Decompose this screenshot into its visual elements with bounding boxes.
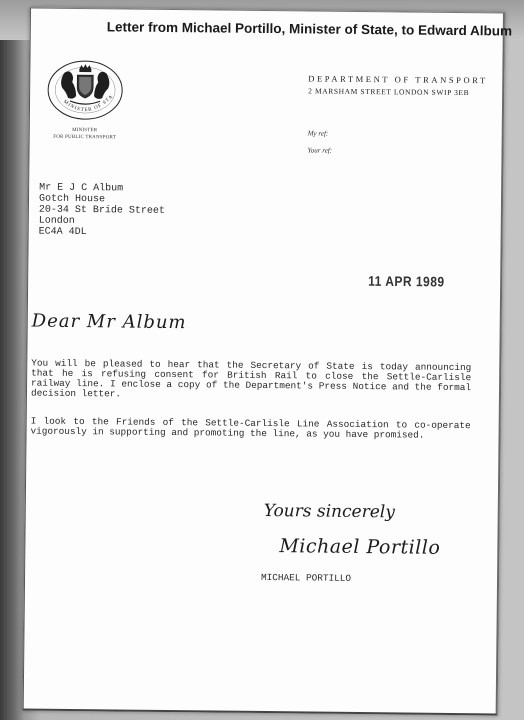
royal-crest-icon: MINISTER OF STATE — [46, 59, 125, 122]
document-title: Letter from Michael Portillo, Minister o… — [107, 19, 524, 38]
recipient-address: Mr E J C Album Gotch House 20-34 St Brid… — [39, 183, 166, 239]
my-ref-label: My ref: — [308, 129, 333, 137]
signature: Michael Portillo — [279, 535, 440, 559]
body-paragraph: I look to the Friends of the Settle-Carl… — [31, 417, 471, 442]
date-stamp: 11 APR 1989 — [368, 273, 445, 290]
caption-line-2: FOR PUBLIC TRANSPORT — [36, 134, 134, 142]
handwritten-closing: Yours sincerely — [264, 501, 395, 522]
department-address: 2 MARSHAM STREET LONDON SWIP 3EB — [308, 86, 488, 97]
minister-caption: MINISTER FOR PUBLIC TRANSPORT — [36, 127, 134, 142]
handwritten-salutation: Dear Mr Album — [32, 311, 187, 334]
signatory-name: MICHAEL PORTILLO — [261, 572, 351, 584]
department-block: DEPARTMENT OF TRANSPORT 2 MARSHAM STREET… — [308, 73, 488, 97]
department-name: DEPARTMENT OF TRANSPORT — [308, 73, 488, 85]
reference-block: My ref: Your ref: — [307, 129, 332, 163]
address-line: EC4A 4DL — [39, 227, 165, 239]
letter-page: Letter from Michael Portillo, Minister o… — [23, 8, 505, 716]
body-paragraph: You will be pleased to hear that the Sec… — [31, 359, 471, 404]
your-ref-label: Your ref: — [307, 146, 332, 154]
